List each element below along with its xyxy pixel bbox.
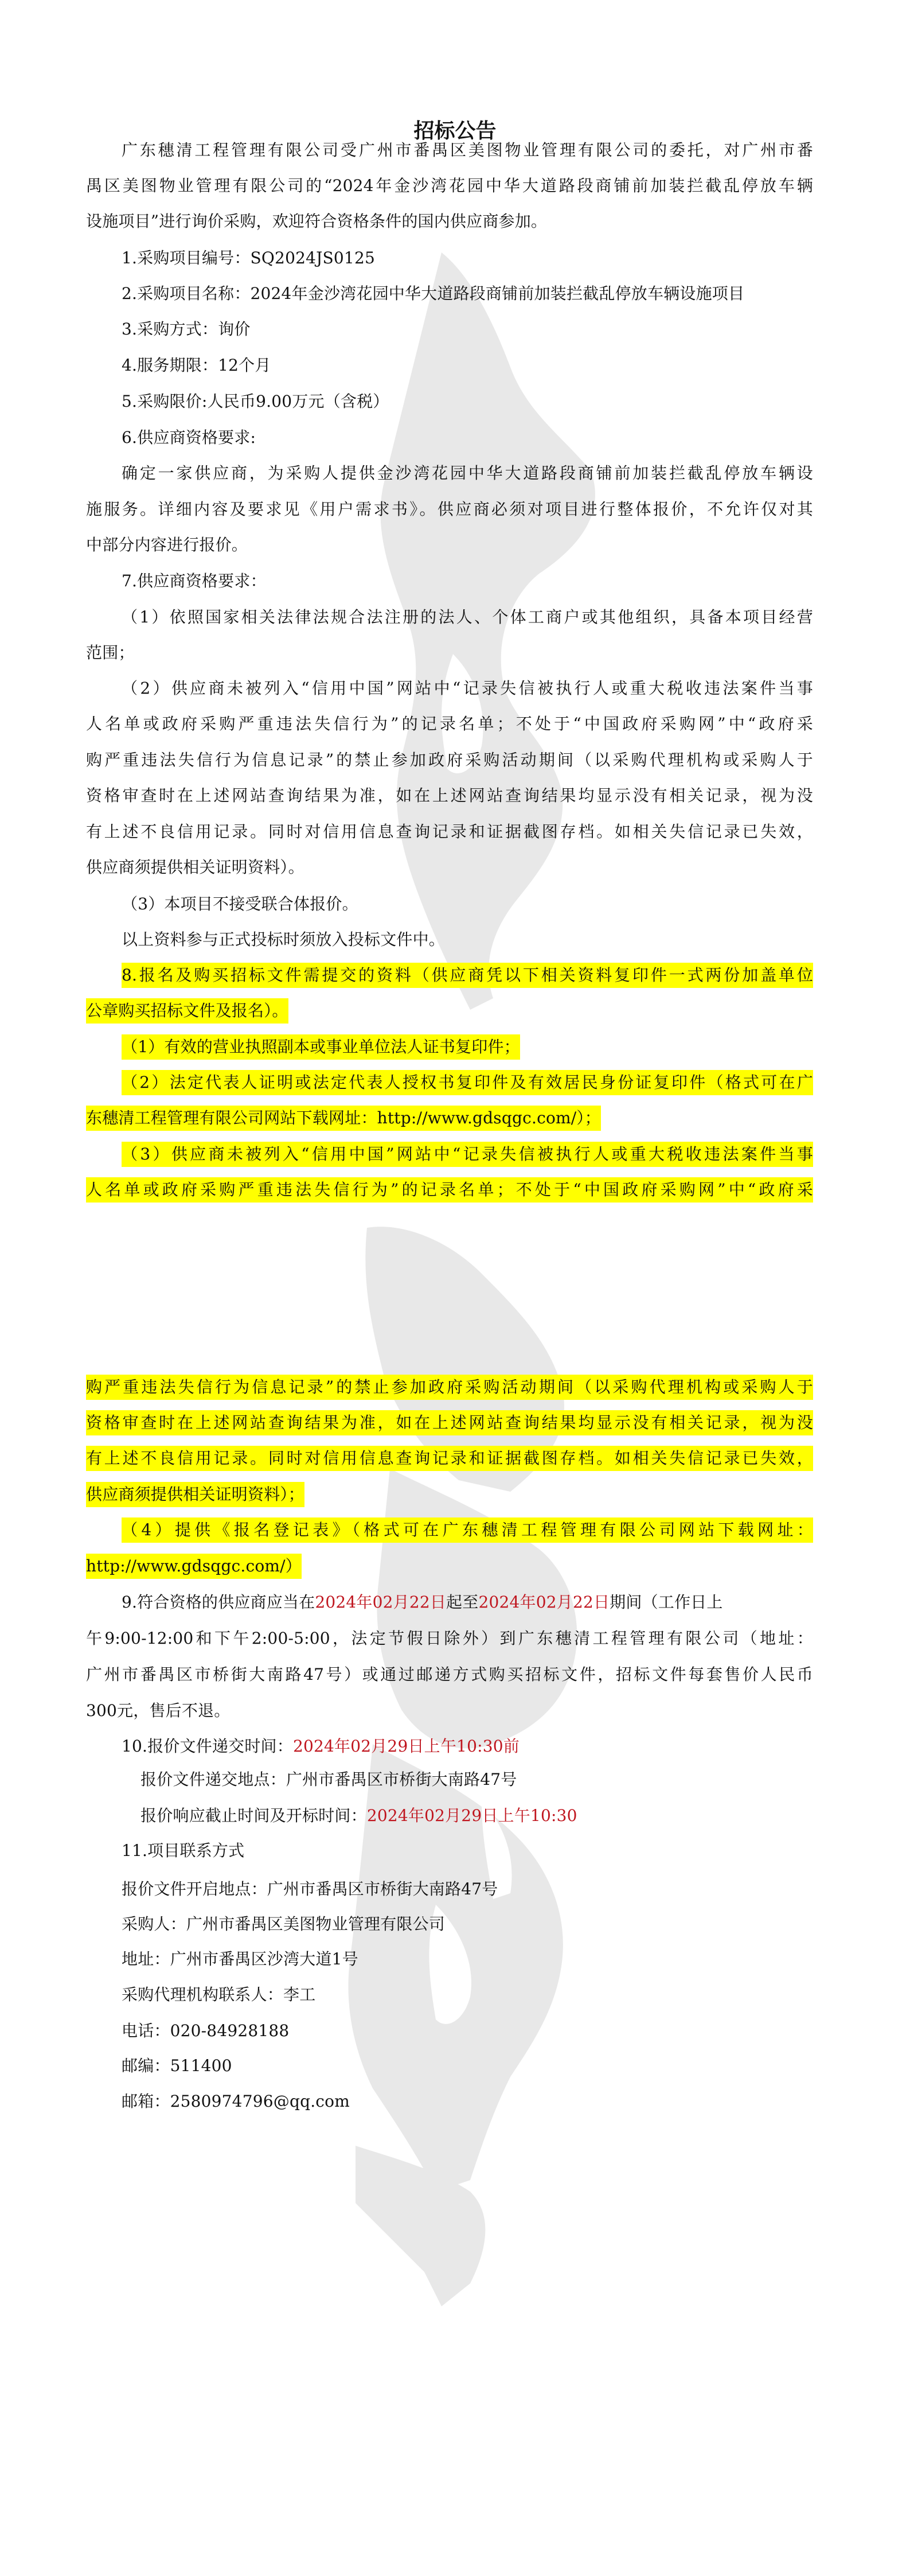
item-7-heading: 7.供应商资格要求： [122,569,267,594]
item-6-body-1: 确定一家供应商，为采购人提供金沙湾花园中华大道路段商铺前加装拦截乱停放车辆设 [122,461,813,486]
intro-line-3: 设施项目”进行询价采购，欢迎符合资格条件的国内供应商参加。 [86,209,547,234]
item-10-deadline-value: 2024年02月29日上午10:30前 [293,1737,520,1756]
intro-line-1: 广东穗清工程管理有限公司受广州市番禺区美图物业管理有限公司的委托，对广州市番 [122,138,813,163]
item-6-heading: 6.供应商资格要求: [122,425,256,450]
item-9-mid: 起至 [446,1593,478,1612]
item-7-sub2-1: （2）供应商未被列入“信用中国”网站中“记录失信被执行人或重大税收违法案件当事 [122,676,813,701]
item-11-heading: 11.项目联系方式 [122,1838,244,1863]
item-price-limit: 5.采购限价:人民币9.00万元（含税） [122,389,389,414]
item-8-sub1: （1）有效的营业执照副本或事业单位法人证书复印件； [122,1034,520,1060]
contact-purchaser: 采购人：广州市番禺区美图物业管理有限公司 [122,1912,445,1937]
item-service-period: 4.服务期限：12个月 [122,353,271,378]
item-8-sub3-1: （3）供应商未被列入“信用中国”网站中“记录失信被执行人或重大税收违法案件当事 [122,1142,813,1167]
item-9-date-end: 2024年02月22日 [478,1593,610,1612]
intro-line-2: 禺区美图物业管理有限公司的“2024年金沙湾花园中华大道路段商铺前加装拦截乱停放… [86,173,813,199]
item-10-place-value: 广州市番禺区市桥街大南路47号 [286,1770,517,1789]
item-10-opening-value: 2024年02月29日上午10:30 [367,1806,577,1825]
item-8-sub4-1: （4）提供《报名登记表》（格式可在广东穗清工程管理有限公司网站下载网址： [122,1517,813,1543]
item-7-sub1-2: 范围； [86,640,135,666]
item-8-sub3-5: 有上述不良信用记录。同时对信用信息查询记录和证据截图存档。如相关失信记录已失效， [86,1446,813,1471]
item-6-body-3: 中部分内容进行报价。 [86,532,248,558]
item-7-sub1-1: （1）依照国家相关法律法规合法注册的法人、个体工商户或其他组织，具备本项目经营 [122,605,813,630]
contact-phone: 电话：020-84928188 [122,2018,289,2044]
item-9-line-1: 9.符合资格的供应商应当在2024年02月22日起至2024年02月22日期间（… [122,1590,723,1615]
contact-address: 地址：广州市番禺区沙湾大道1号 [122,1947,358,1972]
item-8-sub4-2: http://www.gdsqgc.com/） [86,1554,302,1579]
contact-opening-place: 报价文件开启地点：广州市番禺区市桥街大南路47号 [122,1877,498,1902]
item-9-date-start: 2024年02月22日 [315,1593,446,1612]
item-7-sub3: （3）本项目不接受联合体报价。 [122,892,358,917]
contact-postcode: 邮编：511400 [122,2053,232,2079]
item-8-heading-1: 8.报名及购买招标文件需提交的资料（供应商凭以下相关资料复印件一式两份加盖单位 [122,963,813,988]
item-10-place: 报价文件递交地点：广州市番禺区市桥街大南路47号 [140,1767,517,1792]
item-8-sub2-1: （2）法定代表人证明或法定代表人授权书复印件及有效居民身份证复印件（格式可在广 [122,1070,813,1095]
item-7-sub2-4: 资格审查时在上述网站查询结果为准，如在上述网站查询结果均显示没有相关记录，视为没 [86,783,813,808]
item-8-sub3-3: 购严重违法失信行为信息记录”的禁止参加政府采购活动期间（以采购代理机构或采购人于 [86,1375,813,1400]
item-10-opening-label: 报价响应截止时间及开标时间： [140,1806,367,1825]
item-9-suffix: 期间（工作日上 [610,1593,722,1612]
item-7-note: 以上资料参与正式投标时须放入投标文件中。 [122,927,445,952]
item-9-line-2: 午9:00-12:00和下午2:00-5:00，法定节假日除外）到广东穗清工程管… [86,1626,813,1651]
item-10-opening: 报价响应截止时间及开标时间：2024年02月29日上午10:30 [140,1803,577,1828]
item-9-line-3: 广州市番禺区市桥街大南路47号）或通过邮递方式购买招标文件，招标文件每套售价人民… [86,1662,813,1687]
item-6-body-2: 施服务。详细内容及要求见《用户需求书》。供应商必须对项目进行整体报价，不允许仅对… [86,497,813,522]
brush-watermark-icon [321,252,642,2306]
item-7-sub2-2: 人名单或政府采购严重违法失信行为”的记录名单；不处于“中国政府采购网”中“政府采 [86,711,813,737]
item-9-line-4: 300元，售后不退。 [86,1698,230,1723]
item-8-heading-2: 公章购买招标文件及报名）。 [86,998,288,1024]
item-10-label: 10.报价文件递交时间： [122,1737,293,1756]
item-10-place-label: 报价文件递交地点： [140,1770,286,1789]
contact-email[interactable]: 邮箱：2580974796@qq.com [122,2089,350,2114]
item-8-sub2-2: 东穗清工程管理有限公司网站下载网址：http://www.gdsqgc.com/… [86,1106,601,1131]
item-project-name: 2.采购项目名称：2024年金沙湾花园中华大道路段商铺前加装拦截乱停放车辆设施项… [122,281,744,306]
item-8-sub3-4: 资格审查时在上述网站查询结果为准，如在上述网站查询结果均显示没有相关记录，视为没 [86,1410,813,1435]
item-7-sub2-5: 有上述不良信用记录。同时对信用信息查询记录和证据截图存档。如相关失信记录已失效， [86,819,813,845]
item-8-sub3-6: 供应商须提供相关证明资料）； [86,1482,304,1507]
item-8-sub3-2: 人名单或政府采购严重违法失信行为”的记录名单；不处于“中国政府采购网”中“政府采 [86,1177,813,1203]
item-project-number: 1.采购项目编号：SQ2024JS0125 [122,246,375,271]
item-10-deadline: 10.报价文件递交时间：2024年02月29日上午10:30前 [122,1734,520,1759]
item-7-sub2-6: 供应商须提供相关证明资料）。 [86,855,304,880]
item-procurement-method: 3.采购方式：询价 [122,317,251,342]
contact-agent: 采购代理机构联系人：李工 [122,1982,315,2007]
item-9-prefix: 9.符合资格的供应商应当在 [122,1593,315,1612]
item-7-sub2-3: 购严重违法失信行为信息记录”的禁止参加政府采购活动期间（以采购代理机构或采购人于 [86,748,813,773]
